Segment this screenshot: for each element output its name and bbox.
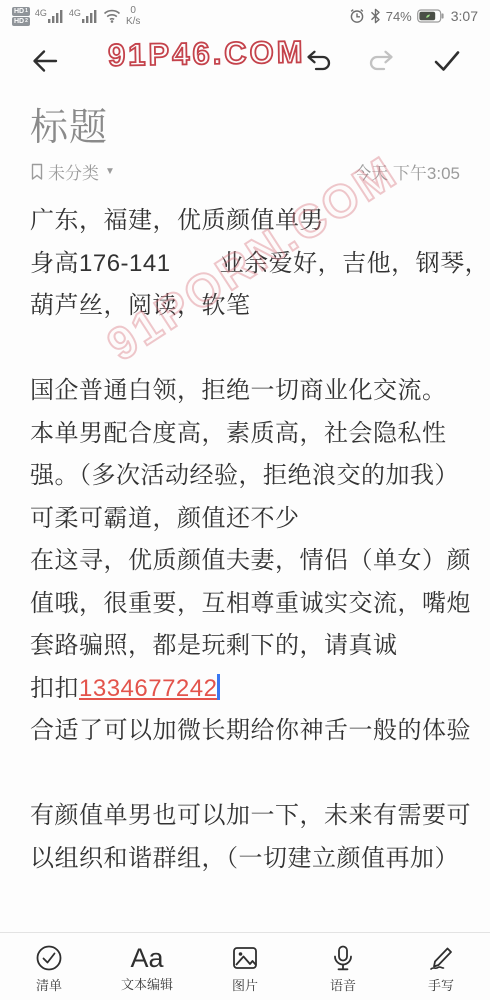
alarm-icon — [349, 8, 365, 24]
status-right: 74% 3:07 — [349, 8, 478, 24]
checklist-icon — [35, 944, 63, 972]
hd2-badge: HD2 — [12, 17, 30, 26]
chevron-down-icon: ▼ — [105, 166, 115, 177]
tool-label: 手写 — [428, 975, 454, 994]
tool-label: 文本编辑 — [121, 974, 173, 993]
handwrite-button[interactable]: 手写 — [392, 940, 490, 994]
battery-icon — [417, 9, 444, 23]
body-line: 身高176-141 业余爱好，吉他，钢琴， — [30, 243, 464, 286]
body-line: 本单男配合度高，素质高，社会隐私性 — [30, 413, 464, 456]
meta-row: 未分类 ▼ 今天 下午3:05 — [30, 159, 460, 184]
status-left: HD1 HD2 4G 4G — [12, 5, 140, 27]
redo-icon — [368, 49, 396, 73]
voice-button[interactable]: 语音 — [294, 940, 392, 994]
bluetooth-icon — [370, 8, 381, 24]
text-edit-icon: Aa — [130, 945, 163, 971]
body-line: 合适了可以加微长期给你神舌一般的体验 — [30, 710, 464, 753]
mic-icon — [329, 944, 357, 972]
tool-label: 图片 — [232, 975, 258, 994]
body-line: 套路骗照，都是玩剩下的，请真诚 — [30, 625, 464, 668]
tool-label: 清单 — [36, 975, 62, 994]
handwrite-icon — [427, 944, 455, 972]
note-timestamp: 今天 下午3:05 — [354, 159, 460, 184]
note-body[interactable]: 广东，福建，优质颜值单男 身高176-141 业余爱好，吉他，钢琴， 葫芦丝，阅… — [0, 184, 490, 880]
back-icon — [30, 47, 60, 75]
body-line-qq: 扣扣1334677242 — [30, 668, 464, 711]
signal-bars-icon — [48, 9, 64, 23]
body-line: 可柔可霸道，颜值还不少 — [30, 498, 464, 541]
image-button[interactable]: 图片 — [196, 940, 294, 994]
undo-button[interactable] — [304, 49, 332, 76]
nav-actions — [304, 48, 462, 77]
confirm-button[interactable] — [432, 48, 462, 77]
confirm-icon — [432, 48, 462, 74]
text-edit-button[interactable]: Aa 文本编辑 — [98, 941, 196, 993]
network-speed: 0 K/s — [126, 5, 140, 27]
sim2-signal: 4G — [69, 9, 98, 23]
undo-icon — [304, 49, 332, 73]
checklist-button[interactable]: 清单 — [0, 940, 98, 994]
qq-prefix: 扣扣 — [30, 675, 79, 702]
body-line: 有颜值单男也可以加一下，未来有需要可 — [30, 795, 464, 838]
tool-label: 语音 — [330, 975, 356, 994]
back-button[interactable] — [30, 47, 60, 78]
body-line: 以组织和谐群组，（一切建立颜值再加） — [30, 838, 464, 881]
wifi-icon — [103, 9, 121, 23]
image-icon — [231, 944, 259, 972]
body-line: 国企普通白领，拒绝一切商业化交流。 — [30, 370, 464, 413]
notes-app-screen: HD1 HD2 4G 4G — [0, 0, 490, 1000]
status-bar: HD1 HD2 4G 4G — [0, 0, 490, 30]
qq-number-link[interactable]: 1334677242 — [79, 675, 217, 702]
body-line: 强。（多次活动经验，拒绝浪交的加我） — [30, 455, 464, 498]
text-caret — [217, 674, 220, 700]
signal-bars-icon — [82, 9, 98, 23]
redo-button[interactable] — [368, 49, 396, 76]
body-line-blank — [30, 753, 464, 796]
bookmark-icon — [30, 163, 44, 181]
note-title-placeholder[interactable]: 标题 — [30, 96, 460, 151]
title-area: 标题 未分类 ▼ 今天 下午3:05 — [0, 94, 490, 184]
category-selector[interactable]: 未分类 ▼ — [30, 159, 115, 184]
hd1-badge: HD1 — [12, 7, 30, 16]
bottom-toolbar: 清单 Aa 文本编辑 图片 语音 — [0, 932, 490, 1000]
status-time: 3:07 — [451, 8, 478, 24]
nav-bar — [0, 30, 490, 94]
body-line: 广东，福建，优质颜值单男 — [30, 200, 464, 243]
sim1-signal: 4G — [35, 9, 64, 23]
battery-percent: 74% — [386, 9, 412, 24]
body-line: 值哦，很重要，互相尊重诚实交流，嘴炮 — [30, 583, 464, 626]
hd-badges: HD1 HD2 — [12, 7, 30, 26]
category-label: 未分类 — [48, 159, 99, 184]
body-line: 葫芦丝，阅读，软笔 — [30, 285, 464, 328]
body-line-blank — [30, 328, 464, 371]
body-line: 在这寻，优质颜值夫妻，情侣（单女）颜 — [30, 540, 464, 583]
